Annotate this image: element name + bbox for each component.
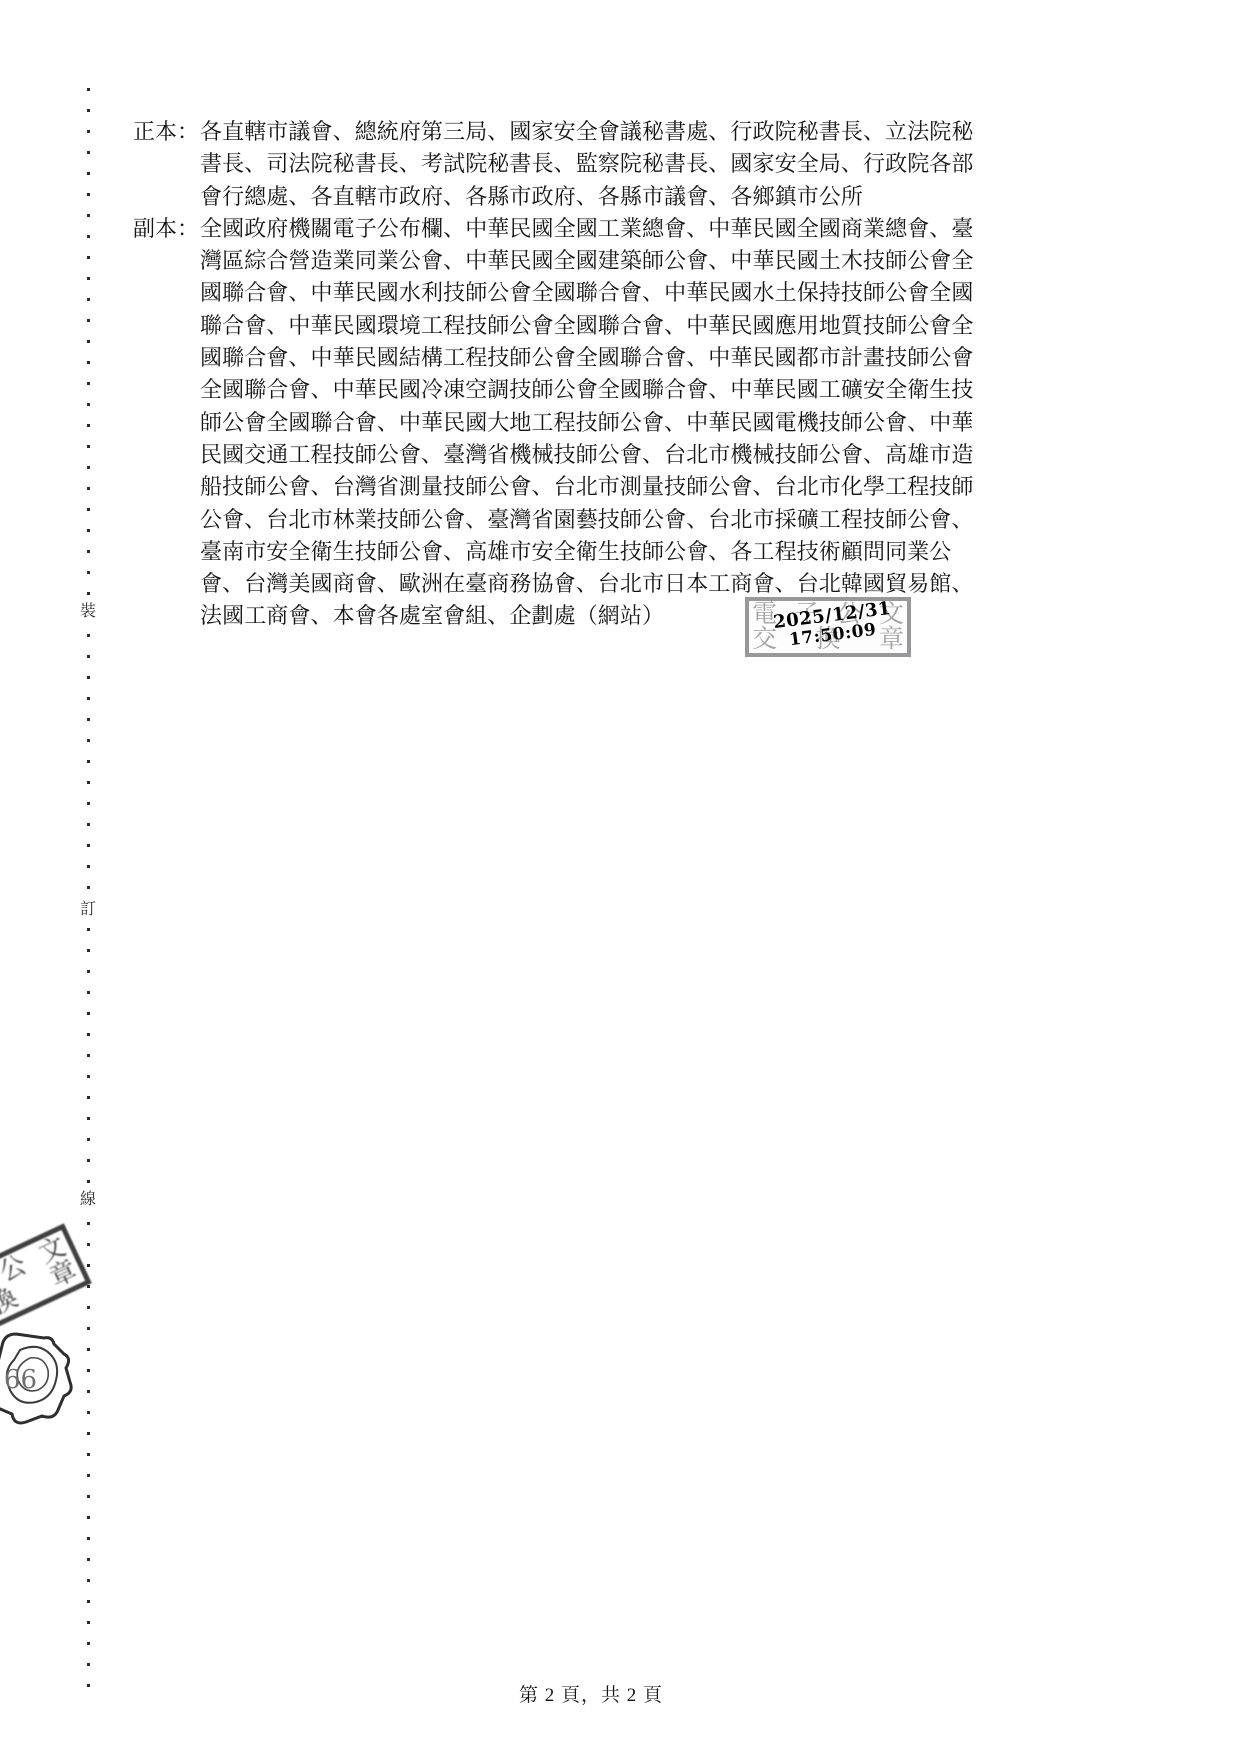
page-footer: 第 2 頁，共 2 頁	[0, 1680, 1182, 1707]
fuben-line: 全國聯合會、中華民國冷凍空調技師公會全國聯合會、中華民國工礦安全衛生技	[200, 374, 993, 406]
zhengben-lines: 各直轄市議會、總統府第三局、國家安全會議秘書處、行政院秘書長、立法院秘書長、司法…	[200, 116, 993, 213]
binding-label-ding: 訂	[77, 896, 99, 924]
fuben-line: 船技師公會、台灣省測量技師公會、台北市測量技師公會、台北市化學工程技師	[200, 471, 993, 503]
crumpled-seal-66: 66	[0, 1328, 86, 1428]
zhengben-label: 正本：	[133, 116, 199, 148]
document-page: 裝 訂 線 正本： 副本： 各直轄市議會、總統府第三局、國家安全會議秘書處、行政…	[0, 0, 1241, 1754]
exchange-stamp: 電子公文 交換章 2025/12/31 17:50:09	[745, 597, 911, 657]
fuben-line: 師公會全國聯合會、中華民國大地工程技師公會、中華民國電機技師公會、中華	[200, 407, 993, 439]
binding-label-xian: 線	[77, 1186, 99, 1214]
fuben-label: 副本：	[133, 213, 199, 245]
fuben-line: 國聯合會、中華民國水利技師公會全國聯合會、中華民國水土保持技師公會全國	[200, 277, 993, 309]
zhengben-line: 各直轄市議會、總統府第三局、國家安全會議秘書處、行政院秘書長、立法院秘	[200, 116, 993, 148]
binding-dotted-line	[87, 88, 90, 1688]
fuben-lines: 全國政府機關電子公布欄、中華民國全國工業總會、中華民國全國商業總會、臺灣區綜合營…	[200, 213, 993, 633]
zhengben-line: 會行總處、各直轄市政府、各縣市政府、各縣市議會、各鄉鎮市公所	[200, 181, 993, 213]
recipient-lines: 各直轄市議會、總統府第三局、國家安全會議秘書處、行政院秘書長、立法院秘書長、司法…	[200, 116, 993, 633]
fuben-line: 聯合會、中華民國環境工程技師公會全國聯合會、中華民國應用地質技師公會全	[200, 310, 993, 342]
stamp-char: 交	[752, 627, 777, 652]
stamp-char: 換	[0, 1285, 22, 1320]
zhengben-line: 書長、司法院秘書長、考試院秘書長、監察院秘書長、國家安全局、行政院各部	[200, 148, 993, 180]
fuben-line: 臺南市安全衛生技師公會、高雄市安全衛生技師公會、各工程技術顧問同業公	[200, 536, 993, 568]
binding-label-zhuang: 裝	[77, 598, 99, 626]
fuben-line: 民國交通工程技師公會、臺灣省機械技師公會、台北市機械技師公會、高雄市造	[200, 439, 993, 471]
fuben-line: 會、台灣美國商會、歐洲在臺商務協會、台北市日本工商會、台北韓國貿易館、	[200, 568, 993, 600]
stamp-char: 章	[879, 627, 904, 652]
seal-number: 66	[4, 1365, 37, 1395]
fuben-line: 公會、台北市林業技師公會、臺灣省園藝技師公會、台北市採礦工程技師公會、	[200, 504, 993, 536]
fuben-line: 灣區綜合營造業同業公會、中華民國全國建築師公會、中華民國土木技師公會全	[200, 245, 993, 277]
stamp-char: 章	[46, 1257, 81, 1292]
fuben-line: 全國政府機關電子公布欄、中華民國全國工業總會、中華民國全國商業總會、臺	[200, 213, 993, 245]
fuben-line: 國聯合會、中華民國結構工程技師公會全國聯合會、中華民國都市計畫技師公會	[200, 342, 993, 374]
